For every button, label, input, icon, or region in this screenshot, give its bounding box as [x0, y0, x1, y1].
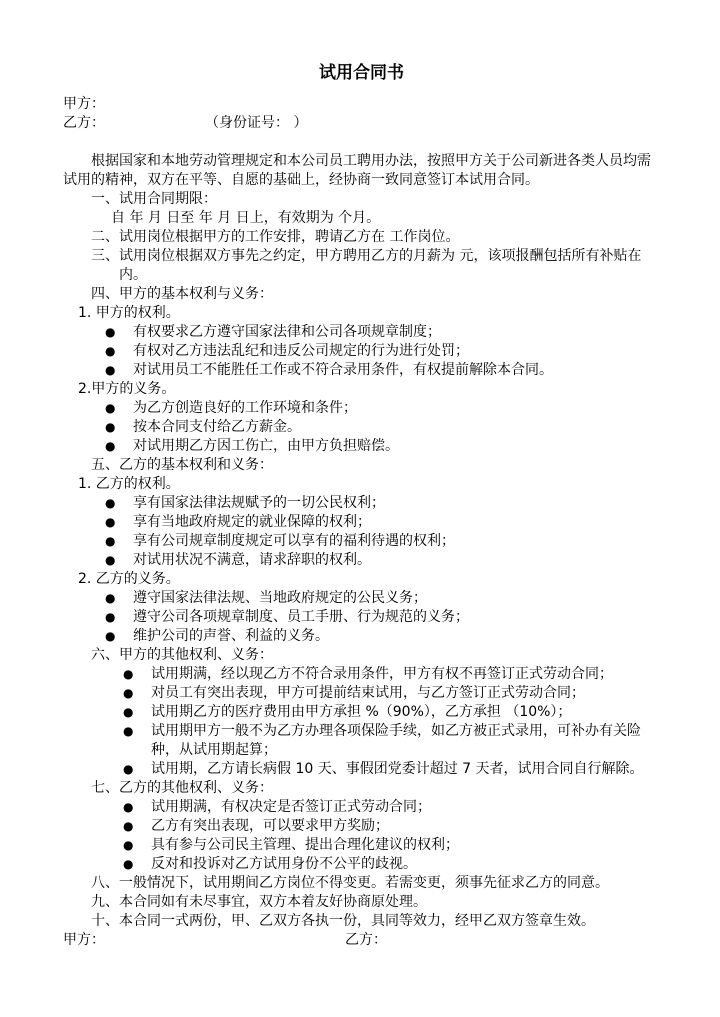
contract-line-bullet: ●享有公司规章制度规定可以享有的福利待遇的权利； [63, 532, 660, 551]
contract-line-bullet2: ●具有参与公司民主管理、提出合理化建议的权利； [63, 836, 660, 855]
footer-party-b-label: 乙方： [345, 932, 387, 948]
bullet-icon: ● [123, 760, 151, 779]
contract-line-bullet: ●享有当地政府规定的就业保障的权利； [63, 513, 660, 532]
bullet-icon: ● [105, 513, 133, 532]
bullet-text: 遵守国家法律法规、当地政府规定的公民义务； [133, 590, 427, 606]
document-title: 试用合同书 [63, 60, 660, 86]
bullet-text: 有权对乙方违法乱纪和违反公司规定的行为进行处罚； [133, 343, 469, 359]
contract-line-clause: 十、本合同一式两份，甲、乙双方各执一份，具同等效力，经甲乙双方签章生效。 [63, 912, 660, 931]
party-a-label: 甲方： [63, 96, 105, 112]
contract-line-bullet: ●为乙方创造良好的工作环境和条件； [63, 399, 660, 418]
contract-line-sub: 自 年 月 日至 年 月 日上，有效期为 个月。 [63, 209, 660, 228]
bullet-text: 试用期，乙方请长病假 10 天、事假团党委计超过 7 天者，试用合同自行解除。 [151, 761, 644, 777]
bullet-text: 有权要求乙方遵守国家法律和公司各项规章制度； [133, 324, 441, 340]
contract-line-numbered: 2. 乙方的义务。 [63, 570, 660, 589]
bullet-icon: ● [123, 817, 151, 836]
bullet-text: 维护公司的声誉、利益的义务。 [133, 628, 329, 644]
bullet-icon: ● [123, 722, 151, 741]
contract-line-clause: 六、甲方的其他权利、义务： [63, 646, 660, 665]
bullet-text: 遵守公司各项规章制度、员工手册、行为规范的义务； [133, 609, 469, 625]
contract-line-bullet2: ●乙方有突出表现，可以要求甲方奖励； [63, 817, 660, 836]
bullet-text: 对试用状况不满意，请求辞职的权利。 [133, 552, 371, 568]
bullet-icon: ● [105, 627, 133, 646]
bullet-text: 试用期满，有权决定是否签订正式劳动合同； [151, 799, 431, 815]
contract-line-clause: 三、试用岗位根据双方事先之约定，甲方聘用乙方的月薪为 元，该项报酬包括所有补贴在… [63, 247, 660, 285]
bullet-icon: ● [105, 418, 133, 437]
contract-line-clause: 九、本合同如有未尽事宜，双方本着友好协商原处理。 [63, 893, 660, 912]
contract-line-clause: 四、甲方的基本权利与义务： [63, 285, 660, 304]
contract-line-bullet: ●有权对乙方违法乱纪和违反公司规定的行为进行处罚； [63, 342, 660, 361]
bullet-icon: ● [105, 342, 133, 361]
contract-line-bullet: ●享有国家法律法规赋予的一切公民权利； [63, 494, 660, 513]
contract-line-clause: 二、试用岗位根据甲方的工作安排，聘请乙方在 工作岗位。 [63, 228, 660, 247]
bullet-text: 享有国家法律法规赋予的一切公民权利； [133, 495, 385, 511]
bullet-text: 试用期乙方的医疗费用由甲方承担 %（90%），乙方承担 （10%）； [151, 704, 571, 720]
contract-line-bullet2: ●试用期满，经以现乙方不符合录用条件，甲方有权不再签订正式劳动合同； [63, 665, 660, 684]
contract-line-numbered: 1. 乙方的权利。 [63, 475, 660, 494]
contract-line-bullet2: ●对员工有突出表现，甲方可提前结束试用，与乙方签订正式劳动合同； [63, 684, 660, 703]
contract-line-bullet: ●有权要求乙方遵守国家法律和公司各项规章制度； [63, 323, 660, 342]
contract-line-bullet: ●遵守公司各项规章制度、员工手册、行为规范的义务； [63, 608, 660, 627]
contract-page: 试用合同书 甲方： 乙方：（身份证号： ） 根据国家和本地劳动管理规定和本公司员… [0, 0, 720, 1017]
bullet-text: 具有参与公司民主管理、提出合理化建议的权利； [151, 837, 459, 853]
signature-row: 甲方：乙方： [63, 931, 660, 950]
contract-line-bullet2: ●反对和投诉对乙方试用身份不公平的歧视。 [63, 855, 660, 874]
bullet-text: 对员工有突出表现，甲方可提前结束试用，与乙方签订正式劳动合同； [151, 685, 585, 701]
contract-line-bullet: ●对试用状况不满意，请求辞职的权利。 [63, 551, 660, 570]
party-a-line: 甲方： [63, 95, 660, 114]
contract-line-clause: 一、试用合同期限： [63, 190, 660, 209]
bullet-icon: ● [123, 684, 151, 703]
contract-line-clause: 七、乙方的其他权利、义务： [63, 779, 660, 798]
contract-line-numbered: 2.甲方的义务。 [63, 380, 660, 399]
contract-body: 一、试用合同期限：自 年 月 日至 年 月 日上，有效期为 个月。二、试用岗位根… [63, 190, 660, 931]
contract-line-clause: 八、一般情况下，试用期间乙方岗位不得变更。若需变更，须事先征求乙方的同意。 [63, 874, 660, 893]
contract-line-bullet: ●维护公司的声誉、利益的义务。 [63, 627, 660, 646]
bullet-text: 试用期满，经以现乙方不符合录用条件，甲方有权不再签订正式劳动合同； [151, 666, 613, 682]
bullet-text: 试用期甲方一般不为乙方办理各项保险手续，如乙方被正式录用，可补办有关险种，从试用… [151, 723, 641, 758]
contract-line-bullet: ●遵守国家法律法规、当地政府规定的公民义务； [63, 589, 660, 608]
bullet-text: 乙方有突出表现，可以要求甲方奖励； [151, 818, 389, 834]
id-number-note: （身份证号： ） [205, 115, 307, 131]
bullet-icon: ● [105, 323, 133, 342]
contract-line-bullet2: ●试用期乙方的医疗费用由甲方承担 %（90%），乙方承担 （10%）； [63, 703, 660, 722]
bullet-icon: ● [105, 361, 133, 380]
contract-line-clause: 五、乙方的基本权利和义务： [63, 456, 660, 475]
bullet-text: 享有当地政府规定的就业保障的权利； [133, 514, 371, 530]
bullet-text: 对试用期乙方因工伤亡，由甲方负担赔偿。 [133, 438, 399, 454]
bullet-text: 为乙方创造良好的工作环境和条件； [133, 400, 357, 416]
bullet-icon: ● [123, 703, 151, 722]
bullet-text: 反对和投诉对乙方试用身份不公平的歧视。 [151, 856, 417, 872]
contract-line-bullet2: ●试用期甲方一般不为乙方办理各项保险手续，如乙方被正式录用，可补办有关险种，从试… [63, 722, 660, 760]
contract-line-numbered: 1. 甲方的权利。 [63, 304, 660, 323]
bullet-icon: ● [123, 665, 151, 684]
bullet-icon: ● [105, 532, 133, 551]
footer-party-a-label: 甲方： [63, 931, 345, 950]
contract-line-bullet: ●按本合同支付给乙方薪金。 [63, 418, 660, 437]
bullet-icon: ● [105, 551, 133, 570]
party-b-line: 乙方：（身份证号： ） [63, 114, 660, 133]
bullet-icon: ● [105, 589, 133, 608]
contract-line-bullet: ●对试用员工不能胜任工作或不符合录用条件，有权提前解除本合同。 [63, 361, 660, 380]
bullet-text: 按本合同支付给乙方薪金。 [133, 419, 301, 435]
bullet-text: 对试用员工不能胜任工作或不符合录用条件，有权提前解除本合同。 [133, 362, 553, 378]
bullet-icon: ● [123, 836, 151, 855]
contract-content: 试用合同书 甲方： 乙方：（身份证号： ） 根据国家和本地劳动管理规定和本公司员… [63, 60, 660, 950]
bullet-text: 享有公司规章制度规定可以享有的福利待遇的权利； [133, 533, 455, 549]
party-b-label: 乙方： [63, 114, 205, 133]
intro-paragraph: 根据国家和本地劳动管理规定和本公司员工聘用办法，按照甲方关于公司新进各类人员均需… [63, 152, 660, 190]
bullet-icon: ● [105, 437, 133, 456]
bullet-icon: ● [105, 608, 133, 627]
bullet-icon: ● [105, 399, 133, 418]
bullet-icon: ● [105, 494, 133, 513]
bullet-icon: ● [123, 798, 151, 817]
bullet-icon: ● [123, 855, 151, 874]
contract-line-bullet2: ●试用期，乙方请长病假 10 天、事假团党委计超过 7 天者，试用合同自行解除。 [63, 760, 660, 779]
contract-line-bullet2: ●试用期满，有权决定是否签订正式劳动合同； [63, 798, 660, 817]
contract-line-bullet: ●对试用期乙方因工伤亡，由甲方负担赔偿。 [63, 437, 660, 456]
